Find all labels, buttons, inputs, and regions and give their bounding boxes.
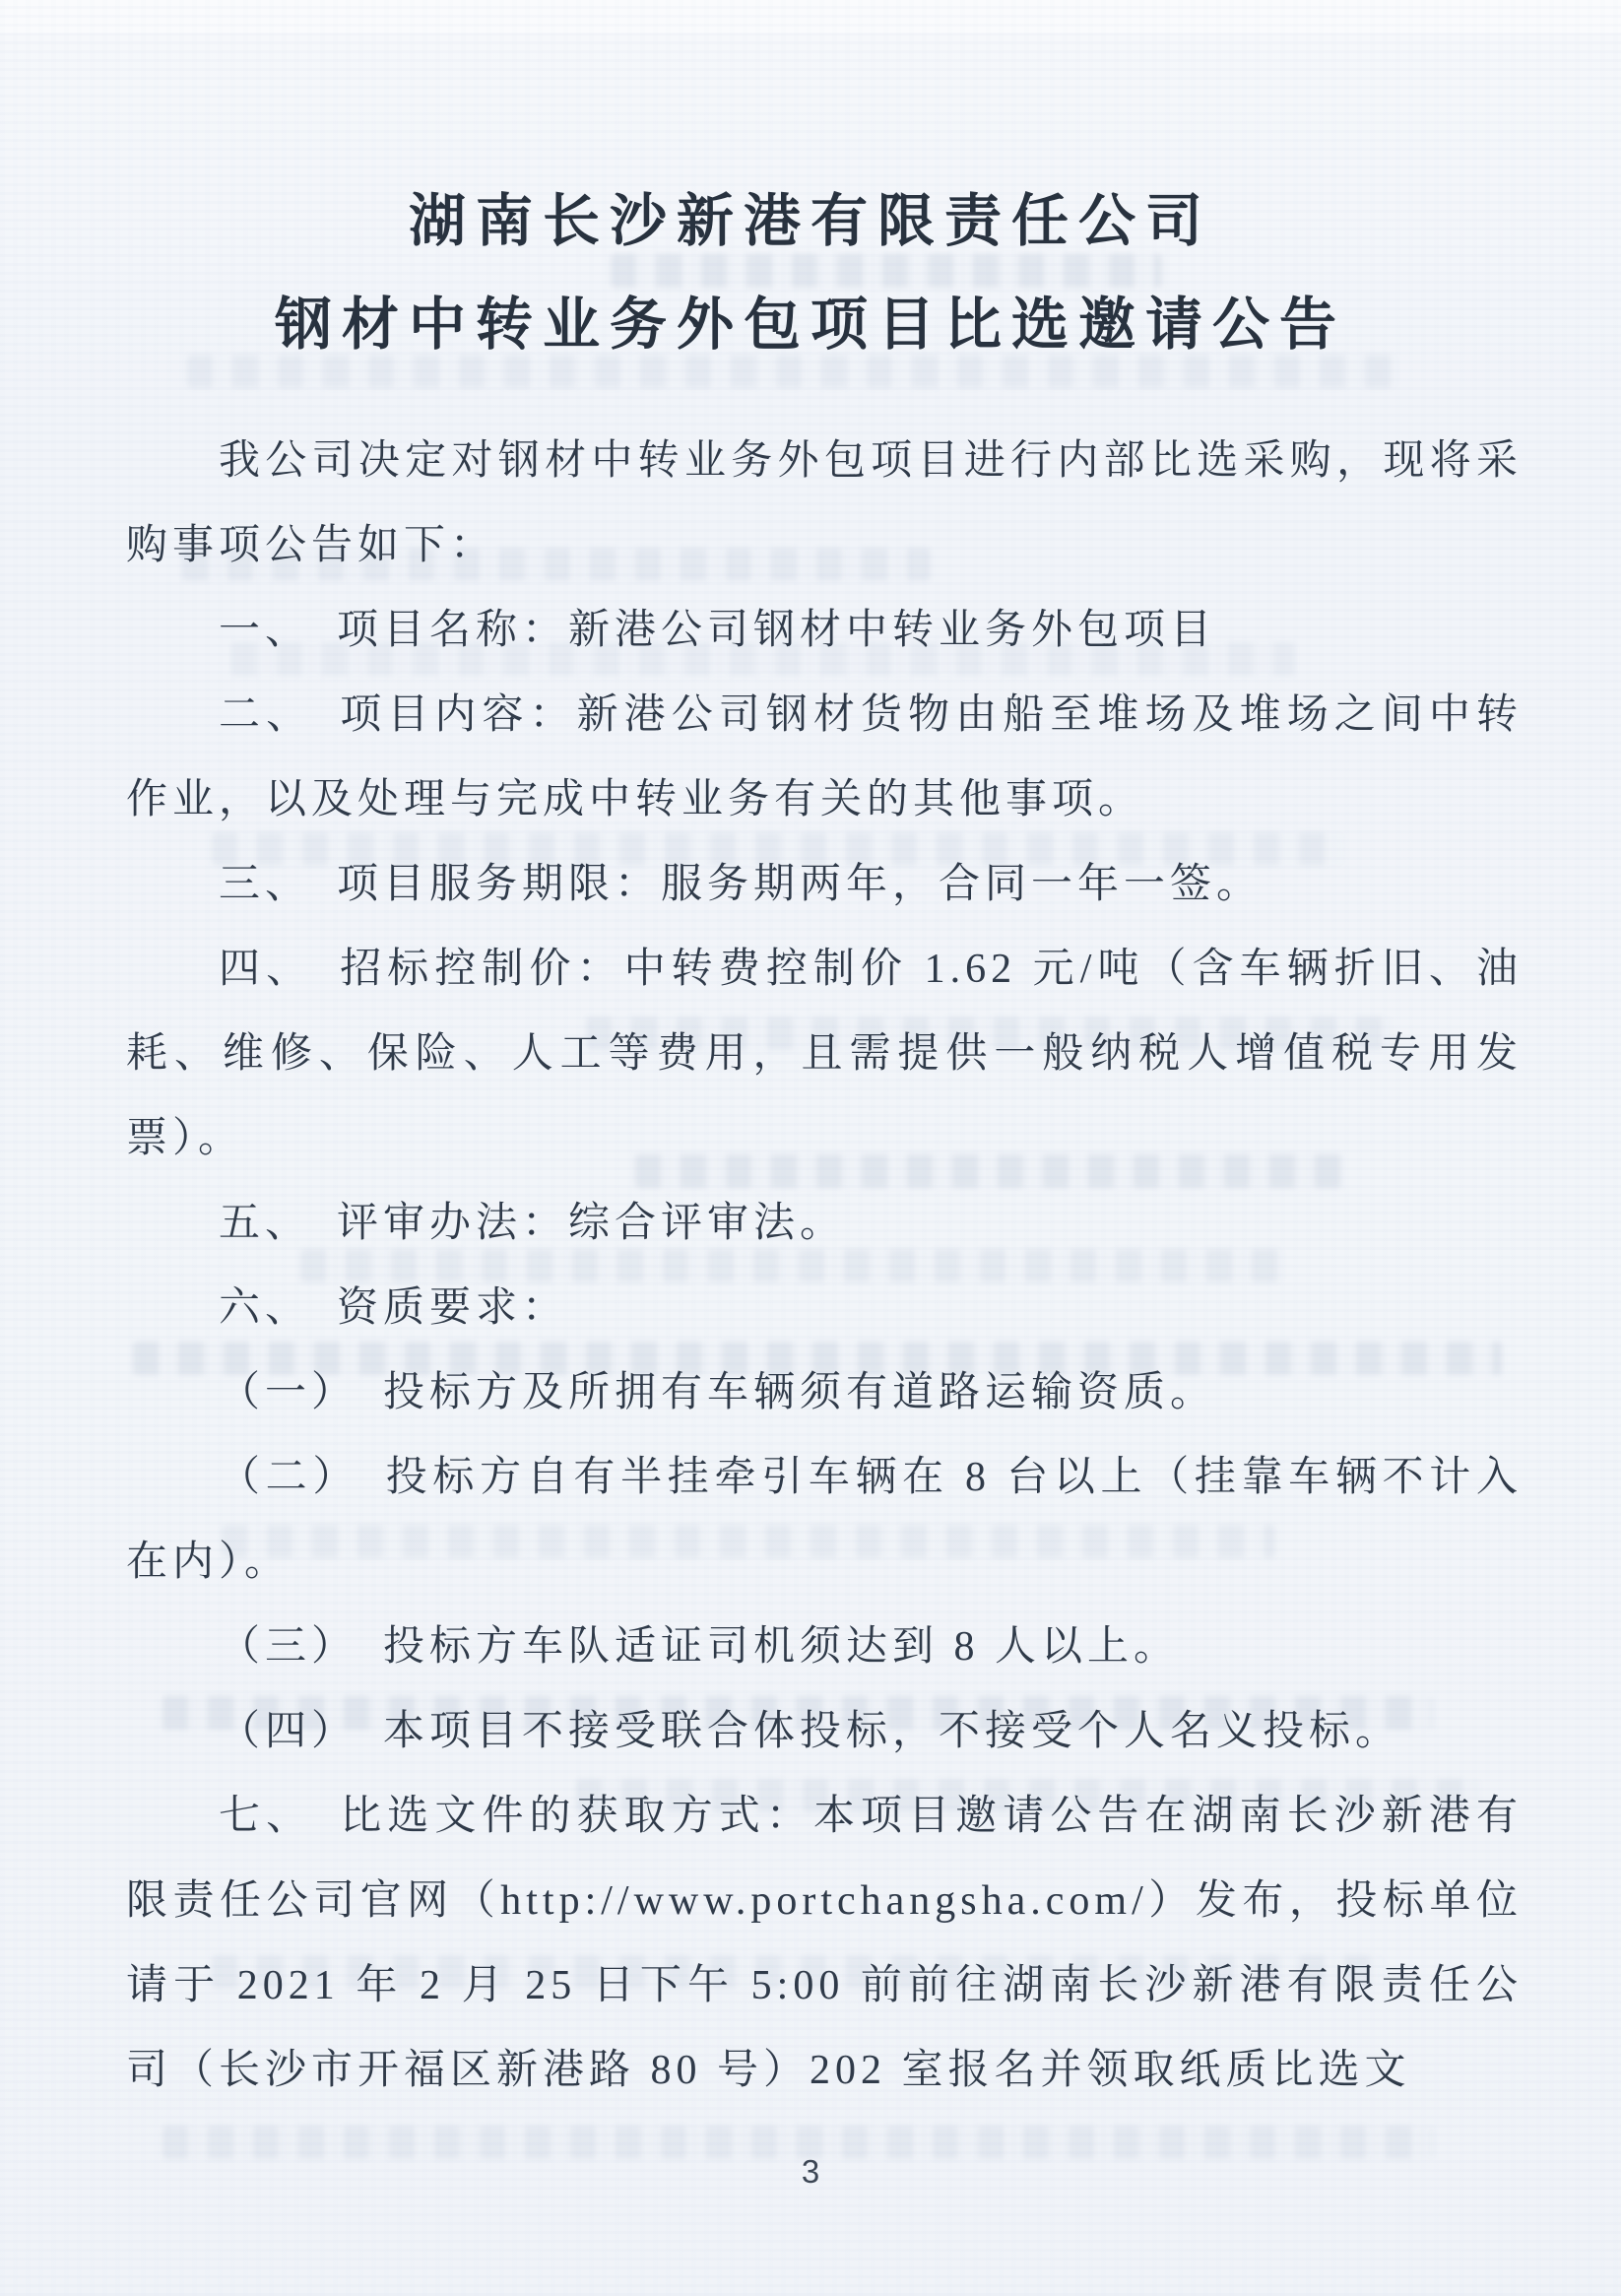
item-3-service-period: 三、 项目服务期限：服务期两年，合同一年一签。 <box>126 842 1523 927</box>
document-title: 湖南长沙新港有限责任公司 钢材中转业务外包项目比选邀请公告 <box>0 169 1621 376</box>
document-body: 我公司决定对钢材中转业务外包项目进行内部比选采购，现将采购事项公告如下： 一、 … <box>126 419 1523 2113</box>
document-title-line2: 钢材中转业务外包项目比选邀请公告 <box>0 273 1621 376</box>
item-6-sub-1-road-transport: （一） 投标方及所拥有车辆须有道路运输资质。 <box>126 1350 1523 1435</box>
item-1-project-name: 一、 项目名称：新港公司钢材中转业务外包项目 <box>126 588 1523 673</box>
item-7-document-acquisition: 七、 比选文件的获取方式：本项目邀请公告在湖南长沙新港有限责任公司官网（http… <box>126 1774 1523 2113</box>
item-4-price-control: 四、 招标控制价：中转费控制价 1.62 元/吨（含车辆折旧、油耗、维修、保险、… <box>126 927 1523 1181</box>
item-6-sub-4-no-consortium: （四） 本项目不接受联合体投标，不接受个人名义投标。 <box>126 1689 1523 1774</box>
item-6-sub-3-driver-count: （三） 投标方车队适证司机须达到 8 人以上。 <box>126 1605 1523 1689</box>
item-6-qualification-heading: 六、 资质要求： <box>126 1266 1523 1350</box>
item-5-review-method: 五、 评审办法：综合评审法。 <box>126 1181 1523 1266</box>
document-title-line1: 湖南长沙新港有限责任公司 <box>0 169 1621 273</box>
paragraph-intro: 我公司决定对钢材中转业务外包项目进行内部比选采购，现将采购事项公告如下： <box>126 419 1523 588</box>
page-number: 3 <box>0 2153 1621 2191</box>
scanned-document-page: 湖南长沙新港有限责任公司 钢材中转业务外包项目比选邀请公告 我公司决定对钢材中转… <box>0 0 1621 2296</box>
item-6-sub-2-tractor-count: （二） 投标方自有半挂牵引车辆在 8 台以上（挂靠车辆不计入在内）。 <box>126 1435 1523 1605</box>
item-2-project-content: 二、 项目内容：新港公司钢材货物由船至堆场及堆场之间中转作业，以及处理与完成中转… <box>126 673 1523 842</box>
